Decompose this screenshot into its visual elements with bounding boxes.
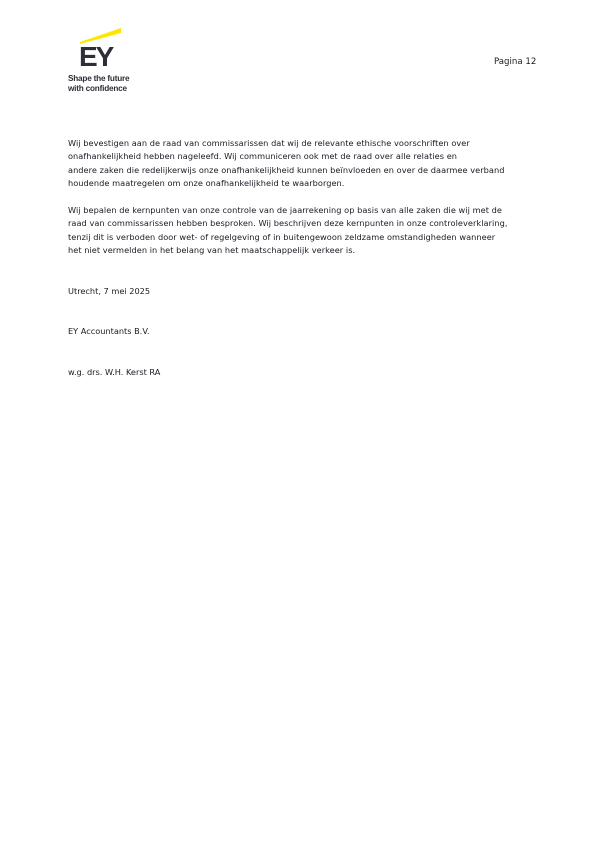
tagline-line-1: Shape the future bbox=[68, 74, 129, 84]
paragraph-independence: Wij bevestigen aan de raad van commissar… bbox=[68, 137, 548, 191]
ey-logo: EY Shape the future with confidence bbox=[66, 26, 136, 96]
text-line: onafhankelijkheid hebben nageleefd. Wij … bbox=[68, 150, 548, 163]
logo-tagline: Shape the future with confidence bbox=[68, 74, 129, 94]
text-line: Wij bevestigen aan de raad van commissar… bbox=[68, 137, 548, 150]
tagline-line-2: with confidence bbox=[68, 84, 129, 94]
text-line: Wij bepalen de kernpunten van onze contr… bbox=[68, 204, 548, 217]
text-line: tenzij dit is verboden door wet- of rege… bbox=[68, 231, 548, 244]
signature: w.g. drs. W.H. Kerst RA bbox=[68, 367, 160, 377]
place-date: Utrecht, 7 mei 2025 bbox=[68, 286, 150, 296]
text-line: het niet vermelden in het belang van het… bbox=[68, 244, 548, 257]
paragraph-key-audit-matters: Wij bepalen de kernpunten van onze contr… bbox=[68, 204, 548, 258]
text-line: raad van commissarissen hebben besproken… bbox=[68, 217, 548, 230]
logo-wordmark: EY bbox=[79, 43, 112, 71]
page-number: Pagina 12 bbox=[494, 57, 536, 67]
text-line: houdende maatregelen om onze onafhankeli… bbox=[68, 177, 548, 190]
text-line: andere zaken die redelijkerwijs onze ona… bbox=[68, 164, 548, 177]
firm-name: EY Accountants B.V. bbox=[68, 326, 150, 336]
